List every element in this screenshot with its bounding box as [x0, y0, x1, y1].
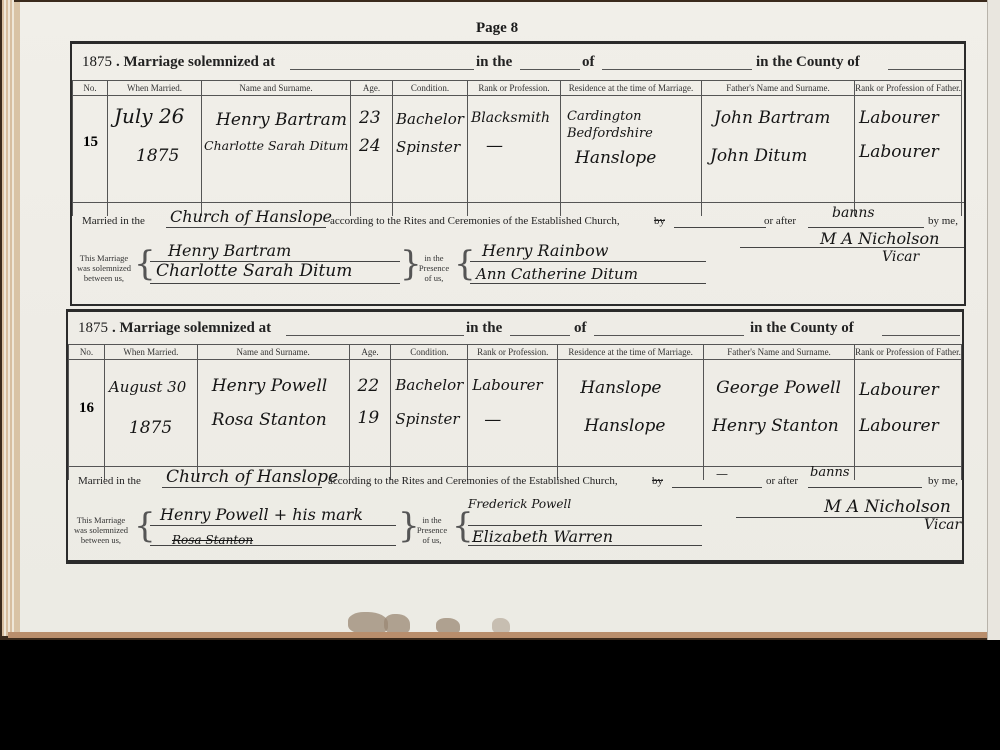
headline-solemnized: . Marriage solemnized at — [112, 320, 271, 337]
water-stain — [348, 612, 388, 634]
of-blank — [594, 320, 744, 336]
after-line — [808, 227, 924, 228]
col-header-residence: Residence at the time of Marriage. — [561, 81, 702, 96]
marriage-year: 1875 — [129, 418, 172, 438]
bride-father: Henry Stanton — [712, 416, 839, 436]
entry-number: 15 — [83, 134, 98, 151]
officiant-signature: M A Nicholson — [824, 497, 951, 517]
signature-party-2: Charlotte Sarah Ditum — [156, 261, 352, 281]
left-brace: { — [134, 247, 156, 281]
bride-condition: Spinster — [396, 138, 460, 156]
bride-condition: Spinster — [395, 410, 459, 428]
or-after-label: or after — [764, 215, 796, 227]
witness-line — [468, 545, 702, 546]
presence-line: of us, — [412, 273, 456, 283]
groom-father-rank: Labourer — [859, 108, 939, 128]
bride-father-rank: Labourer — [859, 416, 939, 436]
between-us-label: This Marriage was solemnized between us, — [70, 515, 132, 545]
solemnized-at-blank — [290, 54, 474, 70]
col-header-when-married: When Married. — [108, 81, 202, 96]
bride-father-rank: Labourer — [859, 142, 939, 162]
bride-age: 19 — [358, 408, 380, 428]
in-the-blank — [510, 320, 570, 336]
presence-line: in the — [410, 515, 454, 525]
married-in-line — [162, 487, 322, 488]
signature-party-1: Henry Powell + his mark — [160, 505, 363, 524]
between-us-line: between us, — [70, 535, 132, 545]
witness-2: Elizabeth Warren — [472, 527, 613, 546]
presence-label: in the Presence of us, — [410, 515, 454, 545]
col-header-no: No. — [69, 345, 105, 360]
headline-county: in the County of — [750, 320, 854, 337]
between-us-line: between us, — [74, 273, 134, 283]
groom-name: Henry Powell — [212, 376, 327, 396]
groom-age: 22 — [358, 376, 380, 396]
col-header-father-rank: Rank or Profession of Father. — [854, 345, 961, 360]
signature-line — [150, 283, 400, 284]
col-header-when-married: When Married. — [104, 345, 197, 360]
county-blank — [882, 320, 960, 336]
page-number: Page 8 — [476, 20, 518, 37]
between-us-line: was solemnized — [70, 525, 132, 535]
presence-line: Presence — [410, 525, 454, 535]
by-me-label: by me, — [928, 475, 958, 487]
groom-father-rank: Labourer — [859, 380, 939, 400]
headline-of: of — [574, 320, 587, 337]
solemnized-at-blank — [286, 320, 464, 336]
record-footer: Married in the Church of Hanslope accord… — [68, 466, 962, 563]
presence-line: Presence — [412, 263, 456, 273]
married-in-value: Church of Hanslope — [170, 207, 332, 226]
groom-residence: Cardington Bedfordshire — [567, 108, 677, 142]
witness-2: Ann Catherine Ditum — [476, 265, 638, 283]
col-header-father-rank: Rank or Profession of Father. — [855, 81, 962, 96]
signature-line — [150, 545, 396, 546]
by-value: — — [716, 467, 728, 481]
groom-residence: Hanslope — [580, 378, 661, 398]
groom-rank: Blacksmith — [471, 110, 550, 126]
after-line — [808, 487, 922, 488]
col-header-residence: Residence at the time of Marriage. — [558, 345, 704, 360]
witness-line — [468, 525, 702, 526]
record-year: 1875 — [82, 54, 112, 71]
presence-label: in the Presence of us, — [412, 253, 456, 283]
groom-condition: Bachelor — [396, 110, 464, 128]
col-header-name: Name and Surname. — [202, 81, 351, 96]
record-table: No. When Married. Name and Surname. Age.… — [72, 80, 962, 216]
col-header-father-name: Father's Name and Surname. — [704, 345, 855, 360]
presence-line: of us, — [410, 535, 454, 545]
presence-line: in the — [412, 253, 456, 263]
after-value: banns — [832, 205, 875, 221]
witness-1: Henry Rainbow — [482, 241, 608, 260]
record-headline: 1875 . Marriage solemnized at in the of … — [76, 320, 956, 342]
groom-name: Henry Bartram — [216, 110, 347, 130]
between-us-line: was solemnized — [74, 263, 134, 273]
marriage-date: July 26 — [114, 104, 184, 128]
between-us-label: This Marriage was solemnized between us, — [74, 253, 134, 283]
by-line — [672, 487, 762, 488]
groom-father: John Bartram — [714, 108, 830, 128]
officiant-signature: M A Nicholson — [820, 229, 939, 248]
groom-condition: Bachelor — [395, 376, 463, 394]
by-line — [674, 227, 766, 228]
between-us-line: This Marriage — [70, 515, 132, 525]
witness-line — [470, 261, 706, 262]
married-in-line — [166, 227, 326, 228]
officiant-title: Vicar — [924, 517, 961, 533]
headline-in-the: in the — [476, 54, 512, 71]
officiant-title: Vicar — [882, 249, 919, 265]
groom-rank: Labourer — [472, 376, 542, 394]
signature-line — [150, 525, 396, 526]
married-in-label: Married in the — [82, 215, 145, 227]
groom-father: George Powell — [716, 378, 841, 398]
register-book: Page 8 1875 . Marriage solemnized at in … — [0, 0, 1000, 640]
marriage-record-16: 1875 . Marriage solemnized at in the of … — [66, 309, 964, 564]
col-header-condition: Condition. — [393, 81, 468, 96]
by-struck: by — [652, 475, 663, 487]
marriage-year: 1875 — [136, 146, 179, 166]
witness-brace: { — [454, 247, 476, 281]
bride-age: 24 — [359, 136, 381, 156]
married-in-label: Married in the — [78, 475, 141, 487]
bride-father: John Ditum — [710, 146, 807, 166]
page-bottom-edge — [8, 632, 998, 638]
bride-name: Charlotte Sarah Ditum — [204, 138, 348, 153]
record-headline: 1875 . Marriage solemnized at in the of … — [80, 54, 958, 76]
col-header-rank: Rank or Profession. — [468, 345, 558, 360]
headline-solemnized: . Marriage solemnized at — [116, 54, 275, 71]
rites-text: according to the Rites and Ceremonies of… — [328, 475, 618, 487]
col-header-father-name: Father's Name and Surname. — [702, 81, 855, 96]
bride-rank: — — [484, 410, 501, 430]
col-header-name: Name and Surname. — [197, 345, 349, 360]
table-row: 15 July 26 1875 Henry Bartram Charlotte … — [73, 96, 962, 217]
marriage-record-15: 1875 . Marriage solemnized at in the of … — [70, 41, 966, 306]
headline-in-the: in the — [466, 320, 502, 337]
facing-page-edge — [987, 0, 1000, 640]
by-struck: by — [654, 215, 665, 227]
witness-1: Frederick Powell — [468, 497, 571, 511]
headline-county: in the County of — [756, 54, 860, 71]
bride-rank: — — [486, 136, 503, 156]
groom-age: 23 — [359, 108, 381, 128]
marriage-date: August 30 — [109, 378, 186, 396]
signature-party-1: Henry Bartram — [168, 241, 291, 260]
bride-residence: Hanslope — [575, 148, 656, 168]
by-me-label: by me, — [928, 215, 958, 227]
married-in-value: Church of Hanslope — [166, 467, 338, 487]
in-the-blank — [520, 54, 580, 70]
witness-line — [470, 283, 706, 284]
left-brace: { — [134, 509, 156, 543]
rites-text: according to the Rites and Ceremonies of… — [330, 215, 620, 227]
of-blank — [602, 54, 752, 70]
after-value: banns — [810, 465, 850, 480]
between-us-line: This Marriage — [74, 253, 134, 263]
or-after-label: or after — [766, 475, 798, 487]
col-header-condition: Condition. — [391, 345, 468, 360]
witness-brace: { — [452, 509, 474, 543]
page-edges — [2, 0, 14, 636]
record-footer: Married in the Church of Hanslope accord… — [72, 202, 964, 307]
col-header-no: No. — [73, 81, 108, 96]
record-year: 1875 — [78, 320, 108, 337]
county-blank — [888, 54, 964, 70]
col-header-rank: Rank or Profession. — [468, 81, 561, 96]
bride-residence: Hanslope — [584, 416, 665, 436]
col-header-age: Age. — [351, 81, 393, 96]
headline-of: of — [582, 54, 595, 71]
officiant-line — [740, 247, 964, 248]
col-header-age: Age. — [349, 345, 391, 360]
bride-name: Rosa Stanton — [212, 410, 327, 430]
water-stain — [384, 614, 410, 634]
entry-number: 16 — [79, 400, 94, 417]
record-table: No. When Married. Name and Surname. Age.… — [68, 344, 962, 480]
table-row: 16 August 30 1875 Henry Powell Rosa Stan… — [69, 360, 962, 481]
